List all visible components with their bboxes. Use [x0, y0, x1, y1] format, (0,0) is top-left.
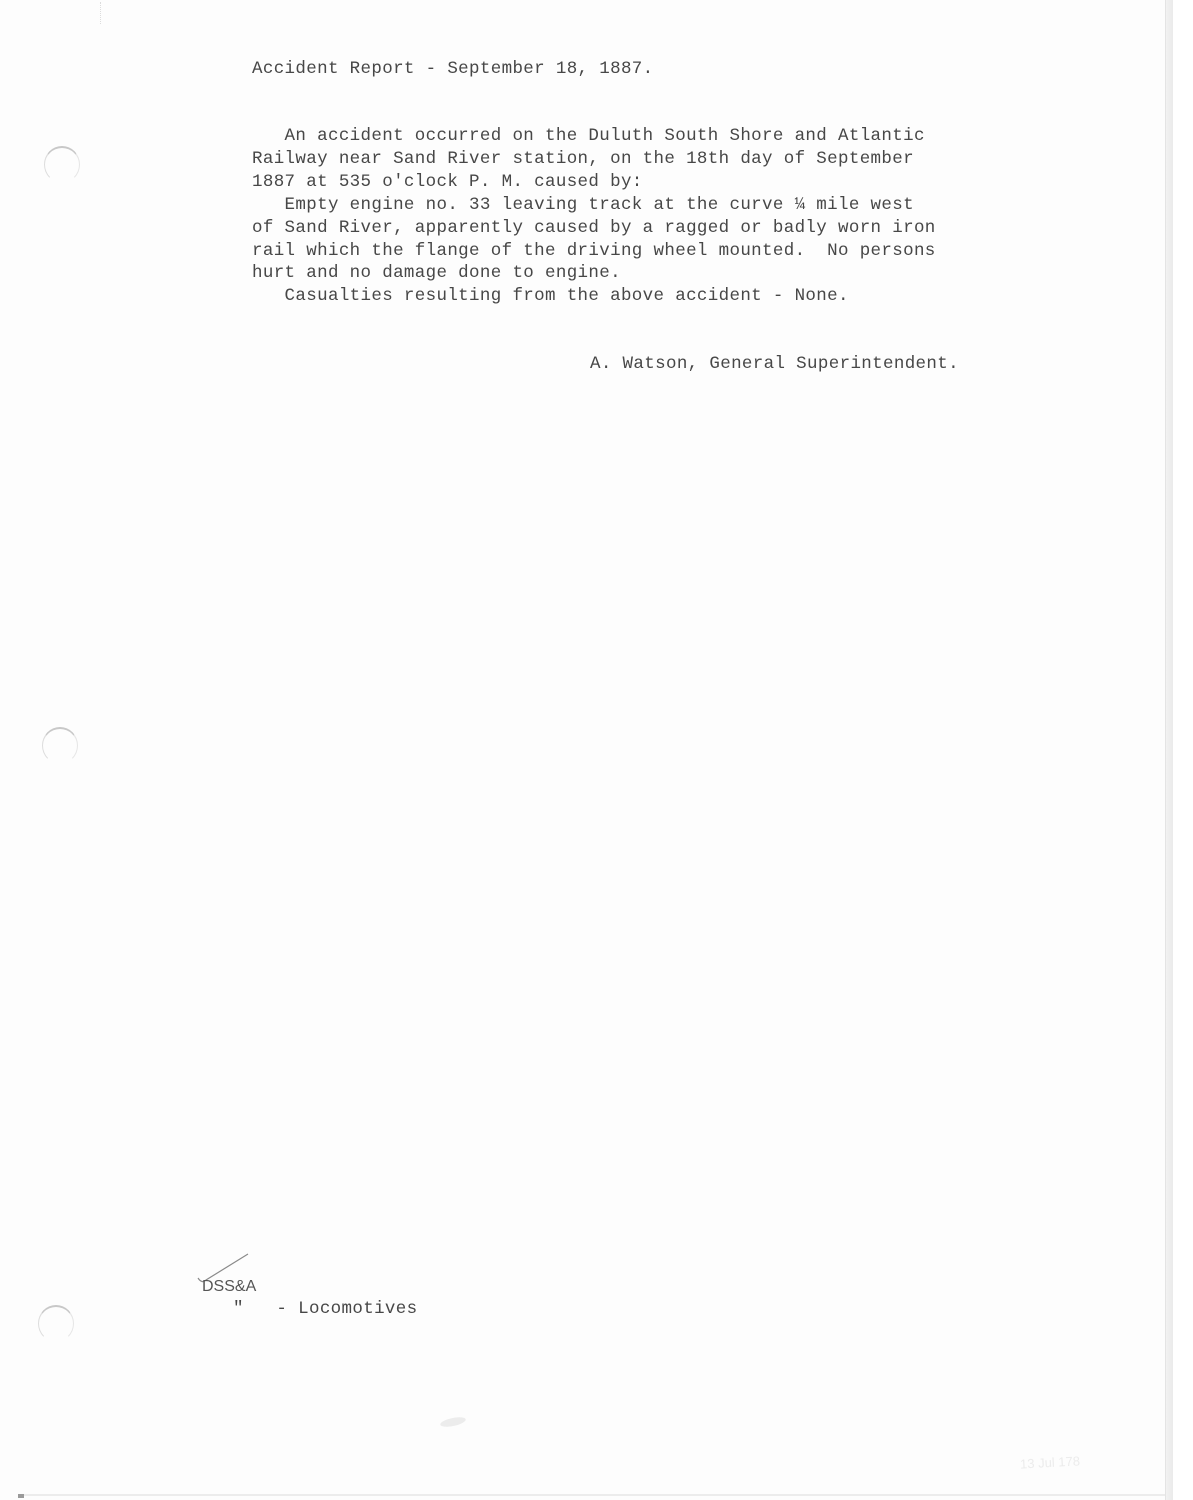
body-line: of Sand River, apparently caused by a ra…	[252, 217, 936, 239]
body-line: 1887 at 535 o'clock P. M. caused by:	[252, 171, 643, 193]
scan-artifact	[100, 2, 107, 24]
body-line: Railway near Sand River station, on the …	[252, 148, 914, 170]
binder-hole-bottom	[38, 1305, 74, 1342]
filing-note-category: " - Locomotives	[233, 1298, 417, 1320]
signature: A. Watson, General Superintendent.	[590, 353, 959, 375]
page-bottom-edge	[18, 1494, 1168, 1496]
body-line: An accident occurred on the Duluth South…	[252, 125, 925, 147]
body-line: rail which the flange of the driving whe…	[252, 240, 936, 262]
body-line: Casualties resulting from the above acci…	[252, 285, 849, 307]
report-title: Accident Report - September 18, 1887.	[252, 58, 654, 80]
binder-hole-middle	[42, 727, 78, 764]
scanned-page: Accident Report - September 18, 1887. An…	[0, 0, 1172, 1500]
scan-smudge	[439, 1415, 466, 1428]
body-line: Empty engine no. 33 leaving track at the…	[252, 194, 914, 216]
body-line: hurt and no damage done to engine.	[252, 262, 621, 284]
filing-note-railway: DSS&A	[202, 1276, 256, 1298]
faint-stamp: 13 Jul 178	[1020, 1453, 1081, 1471]
scan-margin	[1173, 0, 1193, 1500]
binder-hole-top	[44, 146, 80, 183]
